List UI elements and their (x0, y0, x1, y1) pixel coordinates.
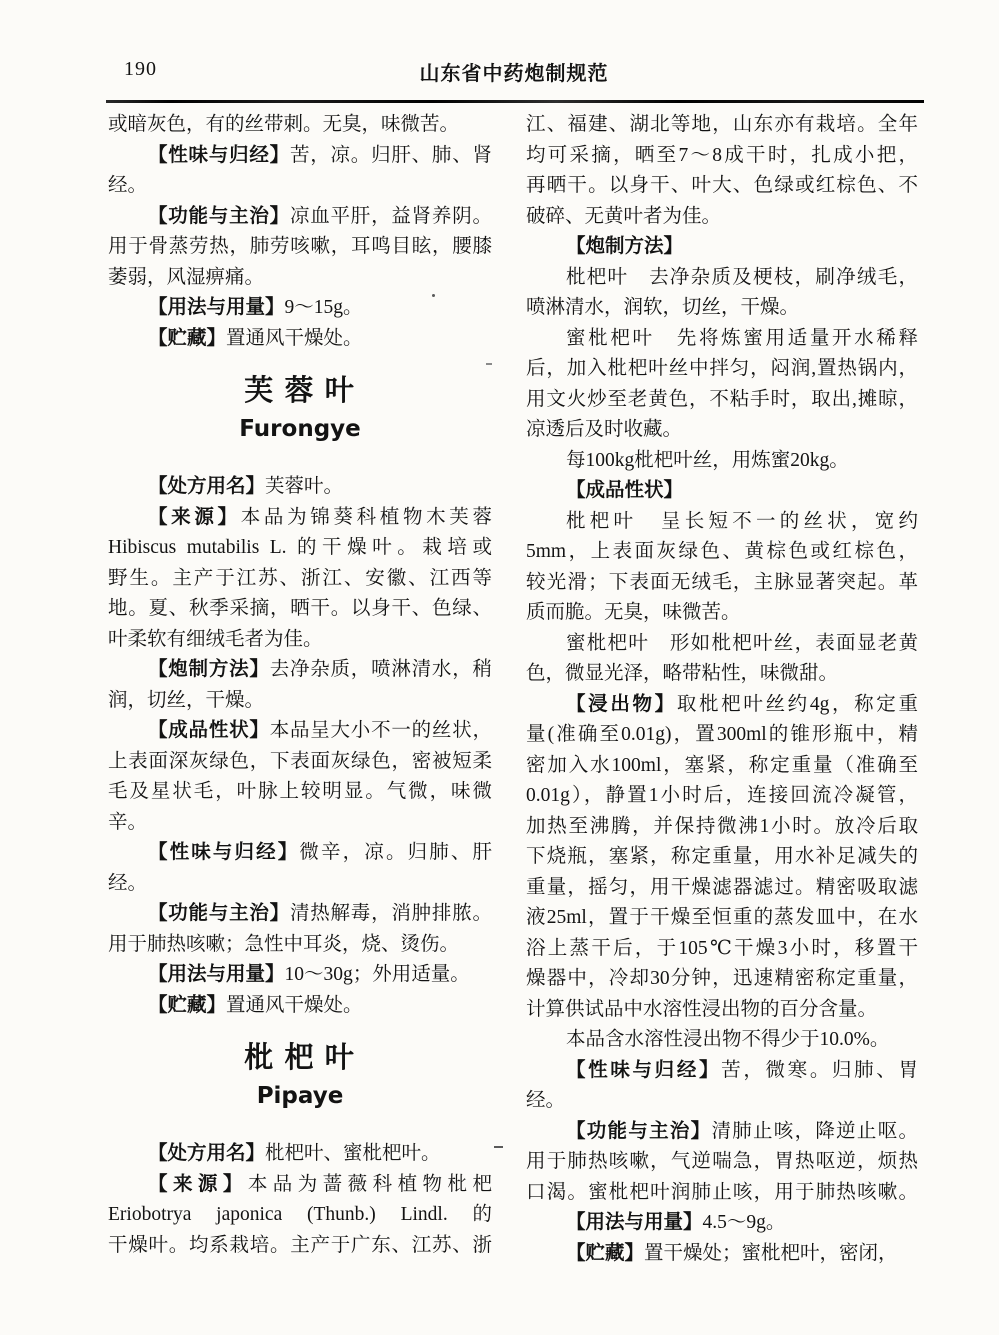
field-label: 【贮藏】 (148, 328, 226, 349)
header-rule (106, 100, 924, 103)
text-line: 燥器中，冷却30分钟，迅速精密称定重量， (526, 964, 918, 995)
text-columns: 或暗灰色，有的丝带刺。无臭，味微苦。【性味与归经】苦，凉。归肝、肺、肾经。【功能… (108, 110, 920, 1269)
field-label: 【性味与归经】 (566, 1060, 721, 1081)
field-label: 【性味与归经】 (148, 842, 299, 863)
text-line: 【浸出物】取枇杷叶丝约4g，称定重 (526, 690, 918, 721)
text-line: 【处方用名】芙蓉叶。 (108, 472, 492, 503)
text-line: 【贮藏】置通风干燥处。 (108, 991, 492, 1022)
scan-speck (432, 294, 435, 297)
text-line: 较光滑；下表面无绒毛，主脉显著突起。革 (526, 568, 918, 599)
text-line: 【功能与主治】清肺止咳，降逆止呕。 (526, 1117, 918, 1148)
section-title-zh: 芙 蓉 叶 (108, 370, 492, 413)
text-line: 用于肺热咳嗽，气逆喘急，胃热呕逆，烦热 (526, 1147, 918, 1178)
text-line: Eriobotrya japonica (Thunb.) Lindl. 的 (108, 1200, 492, 1231)
monograph-heading: 芙 蓉 叶Furongye (108, 370, 492, 445)
right-column: 江、福建、湖北等地，山东亦有栽培。全年均可采摘，晒至7～8成干时，扎成小把，再晒… (526, 110, 918, 1269)
text-line: 【用法与用量】10～30g；外用适量。 (108, 960, 492, 991)
section-title-pinyin: Pipaye (108, 1080, 492, 1112)
text-line: 浴上蒸干后，于105℃干燥3小时，移置干 (526, 934, 918, 965)
monograph-heading: 枇 杷 叶Pipaye (108, 1037, 492, 1112)
text-line: 用于骨蒸劳热，肺劳咳嗽，耳鸣目眩，腰膝 (108, 232, 492, 263)
field-label: 【来源】 (148, 1174, 248, 1195)
field-label: 【用法与用量】 (148, 297, 285, 318)
text-line: 【炮制方法】去净杂质，喷淋清水，稍 (108, 655, 492, 686)
text-line: 【功能与主治】清热解毒，消肿排脓。 (108, 899, 492, 930)
text-line: 毛及星状毛，叶脉上较明显。气微，味微 (108, 777, 492, 808)
text-line: 野生。主产于江苏、浙江、安徽、江西等 (108, 564, 492, 595)
field-label: 【功能与主治】 (566, 1121, 711, 1142)
text-line: 【用法与用量】4.5～9g。 (526, 1208, 918, 1239)
text-line: 萎弱，风湿痹痛。 (108, 263, 492, 294)
book-title: 山东省中药炮制规范 (108, 57, 920, 86)
text-line: 地。夏、秋季采摘，晒干。以身干、色绿、 (108, 594, 492, 625)
text-line: 润，切丝，干燥。 (108, 686, 492, 717)
section-title-pinyin: Furongye (108, 413, 492, 445)
field-label: 【浸出物】 (566, 694, 677, 715)
text-line: 【成品性状】 (526, 476, 918, 507)
text-line: 【来源】本品为蔷薇科植物枇杷 (108, 1170, 492, 1201)
scan-speck (486, 363, 492, 365)
text-line: 再晒干。以身干、叶大、色绿或红棕色、不 (526, 171, 918, 202)
text-line: 【性味与归经】苦，凉。归肝、肺、肾 (108, 141, 492, 172)
text-line: 液25ml，置于干燥至恒重的蒸发皿中，在水 (526, 903, 918, 934)
field-label: 【处方用名】 (148, 476, 265, 497)
text-line: 蜜枇杷叶 形如枇杷叶丝，表面显老黄 (526, 629, 918, 660)
text-line: 【处方用名】枇杷叶、蜜枇杷叶。 (108, 1139, 492, 1170)
text-line: 重量，摇匀，用干燥滤器滤过。精密吸取滤 (526, 873, 918, 904)
text-line: 用于肺热咳嗽；急性中耳炎，烧、烫伤。 (108, 930, 492, 961)
text-line: 喷淋清水，润软，切丝，干燥。 (526, 293, 918, 324)
text-line: 后，加入枇杷叶丝中拌匀，闷润,置热锅内， (526, 354, 918, 385)
text-line: 加热至沸腾，并保持微沸1小时。放冷后取 (526, 812, 918, 843)
field-label: 【性味与归经】 (148, 145, 290, 166)
text-line: 枇杷叶 去净杂质及梗枝，刷净绒毛， (526, 263, 918, 294)
text-line: 0.01g），静置1小时后，连接回流冷凝管， (526, 781, 918, 812)
text-line: 密加入水100ml，塞紧，称定重量（准确至 (526, 751, 918, 782)
text-line: 辛。 (108, 808, 492, 839)
text-line: 破碎、无黄叶者为佳。 (526, 202, 918, 233)
text-line: 【贮藏】置通风干燥处。 (108, 324, 492, 355)
text-line: 均可采摘，晒至7～8成干时，扎成小把， (526, 141, 918, 172)
scanned-book-page: 190 山东省中药炮制规范 或暗灰色，有的丝带刺。无臭，味微苦。【性味与归经】苦… (0, 0, 999, 1335)
text-line: 经。 (108, 171, 492, 202)
field-label: 【贮藏】 (148, 995, 226, 1016)
field-label: 【来源】 (148, 507, 241, 528)
text-line: 色，微显光泽，略带粘性，味微甜。 (526, 659, 918, 690)
text-line: 【炮制方法】 (526, 232, 918, 263)
text-line: 质而脆。无臭，味微苦。 (526, 598, 918, 629)
text-line: 蜜枇杷叶 先将炼蜜用适量开水稀释 (526, 324, 918, 355)
text-line: 经。 (526, 1086, 918, 1117)
text-line: 【性味与归经】微辛，凉。归肺、肝 (108, 838, 492, 869)
text-line: 每100kg枇杷叶丝，用炼蜜20kg。 (526, 446, 918, 477)
text-line: 叶柔软有细绒毛者为佳。 (108, 625, 492, 656)
text-line: 5mm，上表面灰绿色、黄棕色或红棕色， (526, 537, 918, 568)
text-line: 【性味与归经】苦，微寒。归肺、胃 (526, 1056, 918, 1087)
text-line: 用文火炒至老黄色，不粘手时，取出,摊晾， (526, 385, 918, 416)
text-line: 【成品性状】本品呈大小不一的丝状， (108, 716, 492, 747)
text-line: 【来源】本品为锦葵科植物木芙蓉 (108, 503, 492, 534)
field-label: 【贮藏】 (566, 1243, 644, 1264)
text-line: 【用法与用量】9～15g。 (108, 293, 492, 324)
field-label: 【炮制方法】 (148, 659, 270, 680)
text-line: 【贮藏】置干燥处；蜜枇杷叶，密闭， (526, 1239, 918, 1270)
text-line: 口渴。蜜枇杷叶润肺止咳，用于肺热咳嗽。 (526, 1178, 918, 1209)
text-line: 上表面深灰绿色，下表面灰绿色，密被短柔 (108, 747, 492, 778)
text-line: 计算供试品中水溶性浸出物的百分含量。 (526, 995, 918, 1026)
text-line: 下烧瓶，塞紧，称定重量，用水补足减失的 (526, 842, 918, 873)
text-line: 本品含水溶性浸出物不得少于10.0%。 (526, 1025, 918, 1056)
field-label: 【用法与用量】 (148, 964, 285, 985)
field-label: 【成品性状】 (566, 480, 683, 501)
field-label: 【用法与用量】 (566, 1212, 703, 1233)
scan-speck (494, 1146, 503, 1148)
text-line: 江、福建、湖北等地，山东亦有栽培。全年 (526, 110, 918, 141)
text-line: 枇杷叶 呈长短不一的丝状，宽约 (526, 507, 918, 538)
text-line: 凉透后及时收藏。 (526, 415, 918, 446)
field-label: 【炮制方法】 (566, 236, 683, 257)
field-label: 【功能与主治】 (148, 903, 290, 924)
text-line: 干燥叶。均系栽培。主产于广东、江苏、浙 (108, 1231, 492, 1262)
field-label: 【处方用名】 (148, 1143, 265, 1164)
text-line: 量(准确至0.01g)，置300ml的锥形瓶中，精 (526, 720, 918, 751)
field-label: 【功能与主治】 (148, 206, 290, 227)
text-line: 【功能与主治】凉血平肝，益肾养阴。 (108, 202, 492, 233)
text-line: 经。 (108, 869, 492, 900)
text-line: Hibiscus mutabilis L. 的干燥叶。栽培或 (108, 533, 492, 564)
field-label: 【成品性状】 (148, 720, 270, 741)
left-column: 或暗灰色，有的丝带刺。无臭，味微苦。【性味与归经】苦，凉。归肝、肺、肾经。【功能… (108, 110, 492, 1269)
text-line: 或暗灰色，有的丝带刺。无臭，味微苦。 (108, 110, 492, 141)
section-title-zh: 枇 杷 叶 (108, 1037, 492, 1080)
